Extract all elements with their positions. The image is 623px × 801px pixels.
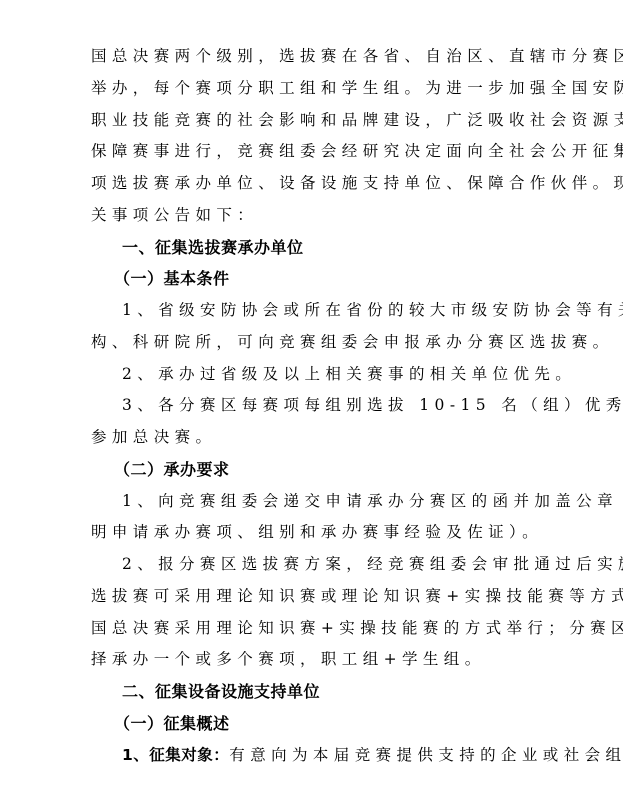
list-item: 2、承办过省级及以上相关赛事的相关单位优先。 [91,359,535,391]
subsection-heading-hosting-requirements: （二）承办要求 [91,454,535,486]
item-text: 有意向为本届竞赛提供支持的企业或社会组 [229,746,623,764]
item-line: 构、科研院所，可向竞赛组委会申报承办分赛区选拔赛。 [91,327,535,359]
paragraph-line: 举办，每个赛项分职工组和学生组。为进一步加强全国安防行业 [91,73,535,105]
item-line: 2、承办过省级及以上相关赛事的相关单位优先。 [91,359,535,391]
section-heading-1: 一、征集选拔赛承办单位 [91,232,535,264]
list-item: 1、省级安防协会或所在省份的较大市级安防协会等有关机 构、科研院所，可向竞赛组委… [91,295,535,359]
item-line: 明申请承办赛项、组别和承办赛事经验及佐证）。 [91,517,535,549]
item-line: 国总决赛采用理论知识赛+实操技能赛的方式举行；分赛区可选 [91,613,535,645]
paragraph-line: 国总决赛两个级别，选拔赛在各省、自治区、直辖市分赛区分别 [91,41,535,73]
paragraph-line: 保障赛事进行，竞赛组委会经研究决定面向全社会公开征集各赛 [91,136,535,168]
item-line: 择承办一个或多个赛项，职工组+学生组。 [91,644,535,676]
item-lead-label: 1、征集对象： [122,746,229,764]
item-line: 选拔赛可采用理论知识赛或理论知识赛+实操技能赛等方式，全 [91,581,535,613]
item-line: 2、报分赛区选拔赛方案，经竞赛组委会审批通过后实施。 [91,549,535,581]
item-line: 参加总决赛。 [91,422,535,454]
document-page: 国总决赛两个级别，选拔赛在各省、自治区、直辖市分赛区分别 举办，每个赛项分职工组… [91,41,535,771]
intro-paragraph: 国总决赛两个级别，选拔赛在各省、自治区、直辖市分赛区分别 举办，每个赛项分职工组… [91,41,535,232]
paragraph-line: 项选拔赛承办单位、设备设施支持单位、保障合作伙伴。现将相 [91,168,535,200]
list-item: 1、征集对象：有意向为本届竞赛提供支持的企业或社会组 [91,740,535,772]
item-line: 1、省级安防协会或所在省份的较大市级安防协会等有关机 [91,295,535,327]
item-line: 1、向竞赛组委会递交申请承办分赛区的函并加盖公章（写 [91,486,535,518]
item-line: 3、各分赛区每赛项每组别选拔 10-15 名（组）优秀的选手 [91,390,535,422]
section-heading-2: 二、征集设备设施支持单位 [91,676,535,708]
paragraph-line: 职业技能竞赛的社会影响和品牌建设，广泛吸收社会资源支持和 [91,105,535,137]
subsection-heading-overview: （一）征集概述 [91,708,535,740]
paragraph-line: 关事项公告如下： [91,200,535,232]
subsection-heading-basic-conditions: （一）基本条件 [91,263,535,295]
list-item: 2、报分赛区选拔赛方案，经竞赛组委会审批通过后实施。 选拔赛可采用理论知识赛或理… [91,549,535,676]
list-item: 1、向竞赛组委会递交申请承办分赛区的函并加盖公章（写 明申请承办赛项、组别和承办… [91,486,535,550]
list-item: 3、各分赛区每赛项每组别选拔 10-15 名（组）优秀的选手 参加总决赛。 [91,390,535,454]
